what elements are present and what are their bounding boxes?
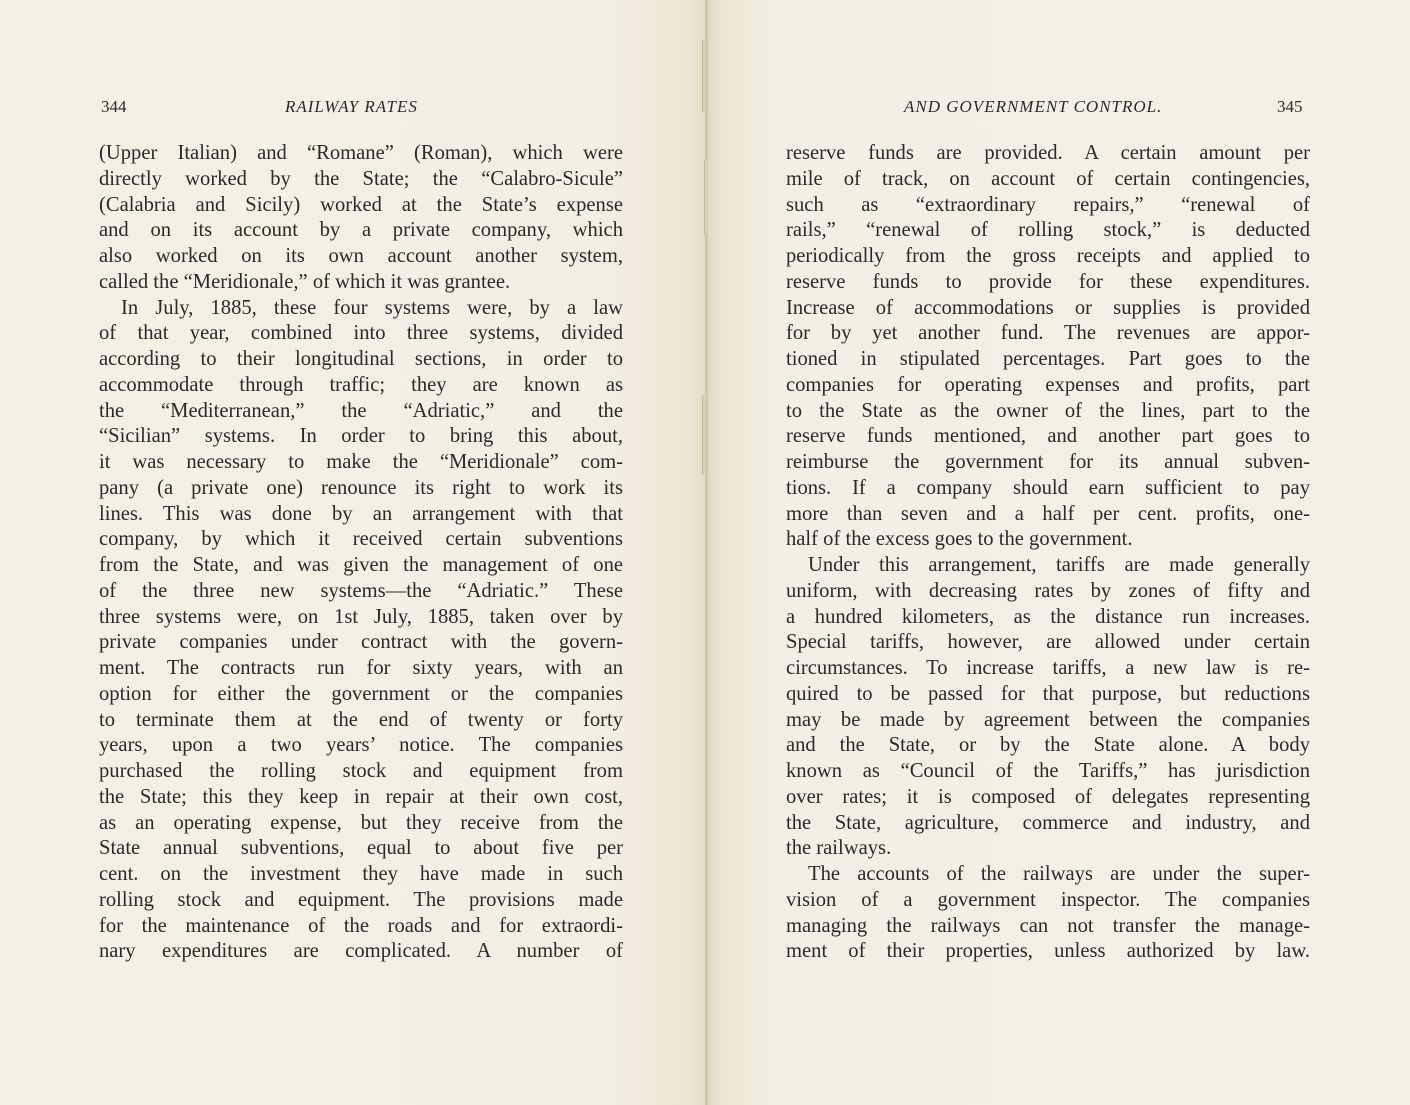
text-line: more than seven and a half per cent. pro… [786, 502, 1310, 528]
text-line: Special tariffs, however, are allowed un… [786, 630, 1310, 656]
left-page: 344 RAILWAY RATES (Upper Italian) and “R… [0, 0, 707, 1105]
text-line: The accounts of the railways are under t… [786, 862, 1310, 888]
text-line: ment of their properties, unless authori… [786, 939, 1310, 965]
text-line: known as “Council of the Tariffs,” has j… [786, 759, 1310, 785]
text-line: may be made by agreement between the com… [786, 708, 1310, 734]
text-line: State annual subventions, equal to about… [99, 836, 623, 862]
text-line: ment. The contracts run for sixty years,… [99, 656, 623, 682]
text-line: reserve funds mentioned, and another par… [786, 424, 1310, 450]
text-line: half of the excess goes to the governmen… [786, 527, 1310, 553]
page-number: 345 [1277, 97, 1303, 117]
text-line: cent. on the investment they have made i… [99, 862, 623, 888]
text-line: three systems were, on 1st July, 1885, t… [99, 605, 623, 631]
text-line: to terminate them at the end of twenty o… [99, 708, 623, 734]
binding-stitch [702, 40, 706, 112]
text-line: for by yet another fund. The revenues ar… [786, 321, 1310, 347]
right-page: AND GOVERNMENT CONTROL. 345 reserve fund… [707, 0, 1410, 1105]
text-line: directly worked by the State; the “Calab… [99, 167, 623, 193]
text-line: according to their longitudinal sections… [99, 347, 623, 373]
text-line: Increase of accommodations or supplies i… [786, 296, 1310, 322]
text-line: nary expenditures are complicated. A num… [99, 939, 623, 965]
text-line: company, by which it received certain su… [99, 527, 623, 553]
text-line: (Upper Italian) and “Romane” (Roman), wh… [99, 141, 623, 167]
text-line: “Sicilian” systems. In order to bring th… [99, 424, 623, 450]
text-line: mile of track, on account of certain con… [786, 167, 1310, 193]
text-line: over rates; it is composed of delegates … [786, 785, 1310, 811]
text-line: for the maintenance of the roads and for… [99, 914, 623, 940]
text-line: also worked on its own account another s… [99, 244, 623, 270]
text-line: option for either the government or the … [99, 682, 623, 708]
text-line: reimburse the government for its annual … [786, 450, 1310, 476]
text-line: reserve funds are provided. A certain am… [786, 141, 1310, 167]
binding-stitch [702, 395, 706, 475]
text-line: the “Mediterranean,” the “Adriatic,” and… [99, 399, 623, 425]
page-number: 344 [101, 97, 127, 117]
text-line: such as “extraordinary repairs,” “renewa… [786, 193, 1310, 219]
text-line: tions. If a company should earn sufficie… [786, 476, 1310, 502]
text-line: to the State as the owner of the lines, … [786, 399, 1310, 425]
text-line: accommodate through traffic; they are kn… [99, 373, 623, 399]
text-line: purchased the rolling stock and equipmen… [99, 759, 623, 785]
text-line: of that year, combined into three system… [99, 321, 623, 347]
running-head: RAILWAY RATES [285, 97, 418, 117]
text-line: and on its account by a private company,… [99, 218, 623, 244]
text-line: periodically from the gross receipts and… [786, 244, 1310, 270]
text-line: years, upon a two years’ notice. The com… [99, 733, 623, 759]
text-line: as an operating expense, but they receiv… [99, 811, 623, 837]
text-line: of the three new systems—the “Adriatic.”… [99, 579, 623, 605]
text-line: Under this arrangement, tariffs are made… [786, 553, 1310, 579]
text-line: vision of a government inspector. The co… [786, 888, 1310, 914]
text-line: rails,” “renewal of rolling stock,” is d… [786, 218, 1310, 244]
running-head: AND GOVERNMENT CONTROL. [904, 97, 1162, 117]
text-line: circumstances. To increase tariffs, a ne… [786, 656, 1310, 682]
text-line: companies for operating expenses and pro… [786, 373, 1310, 399]
body-text: reserve funds are provided. A certain am… [786, 141, 1310, 965]
text-line: the State, agriculture, commerce and ind… [786, 811, 1310, 837]
text-line: rolling stock and equipment. The provisi… [99, 888, 623, 914]
text-line: uniform, with decreasing rates by zones … [786, 579, 1310, 605]
text-line: lines. This was done by an arrangement w… [99, 502, 623, 528]
text-line: quired to be passed for that purpose, bu… [786, 682, 1310, 708]
text-line: called the “Meridionale,” of which it wa… [99, 270, 623, 296]
body-text: (Upper Italian) and “Romane” (Roman), wh… [99, 141, 623, 965]
text-line: from the State, and was given the manage… [99, 553, 623, 579]
text-line: a hundred kilometers, as the distance ru… [786, 605, 1310, 631]
text-line: and the State, or by the State alone. A … [786, 733, 1310, 759]
text-line: managing the railways can not transfer t… [786, 914, 1310, 940]
text-line: tioned in stipulated percentages. Part g… [786, 347, 1310, 373]
text-line: private companies under contract with th… [99, 630, 623, 656]
binding-stitch [704, 160, 708, 235]
text-line: the State; this they keep in repair at t… [99, 785, 623, 811]
text-line: (Calabria and Sicily) worked at the Stat… [99, 193, 623, 219]
text-line: In July, 1885, these four systems were, … [99, 296, 623, 322]
text-line: it was necessary to make the “Meridional… [99, 450, 623, 476]
text-line: the railways. [786, 836, 1310, 862]
text-line: pany (a private one) renounce its right … [99, 476, 623, 502]
text-line: reserve funds to provide for these expen… [786, 270, 1310, 296]
